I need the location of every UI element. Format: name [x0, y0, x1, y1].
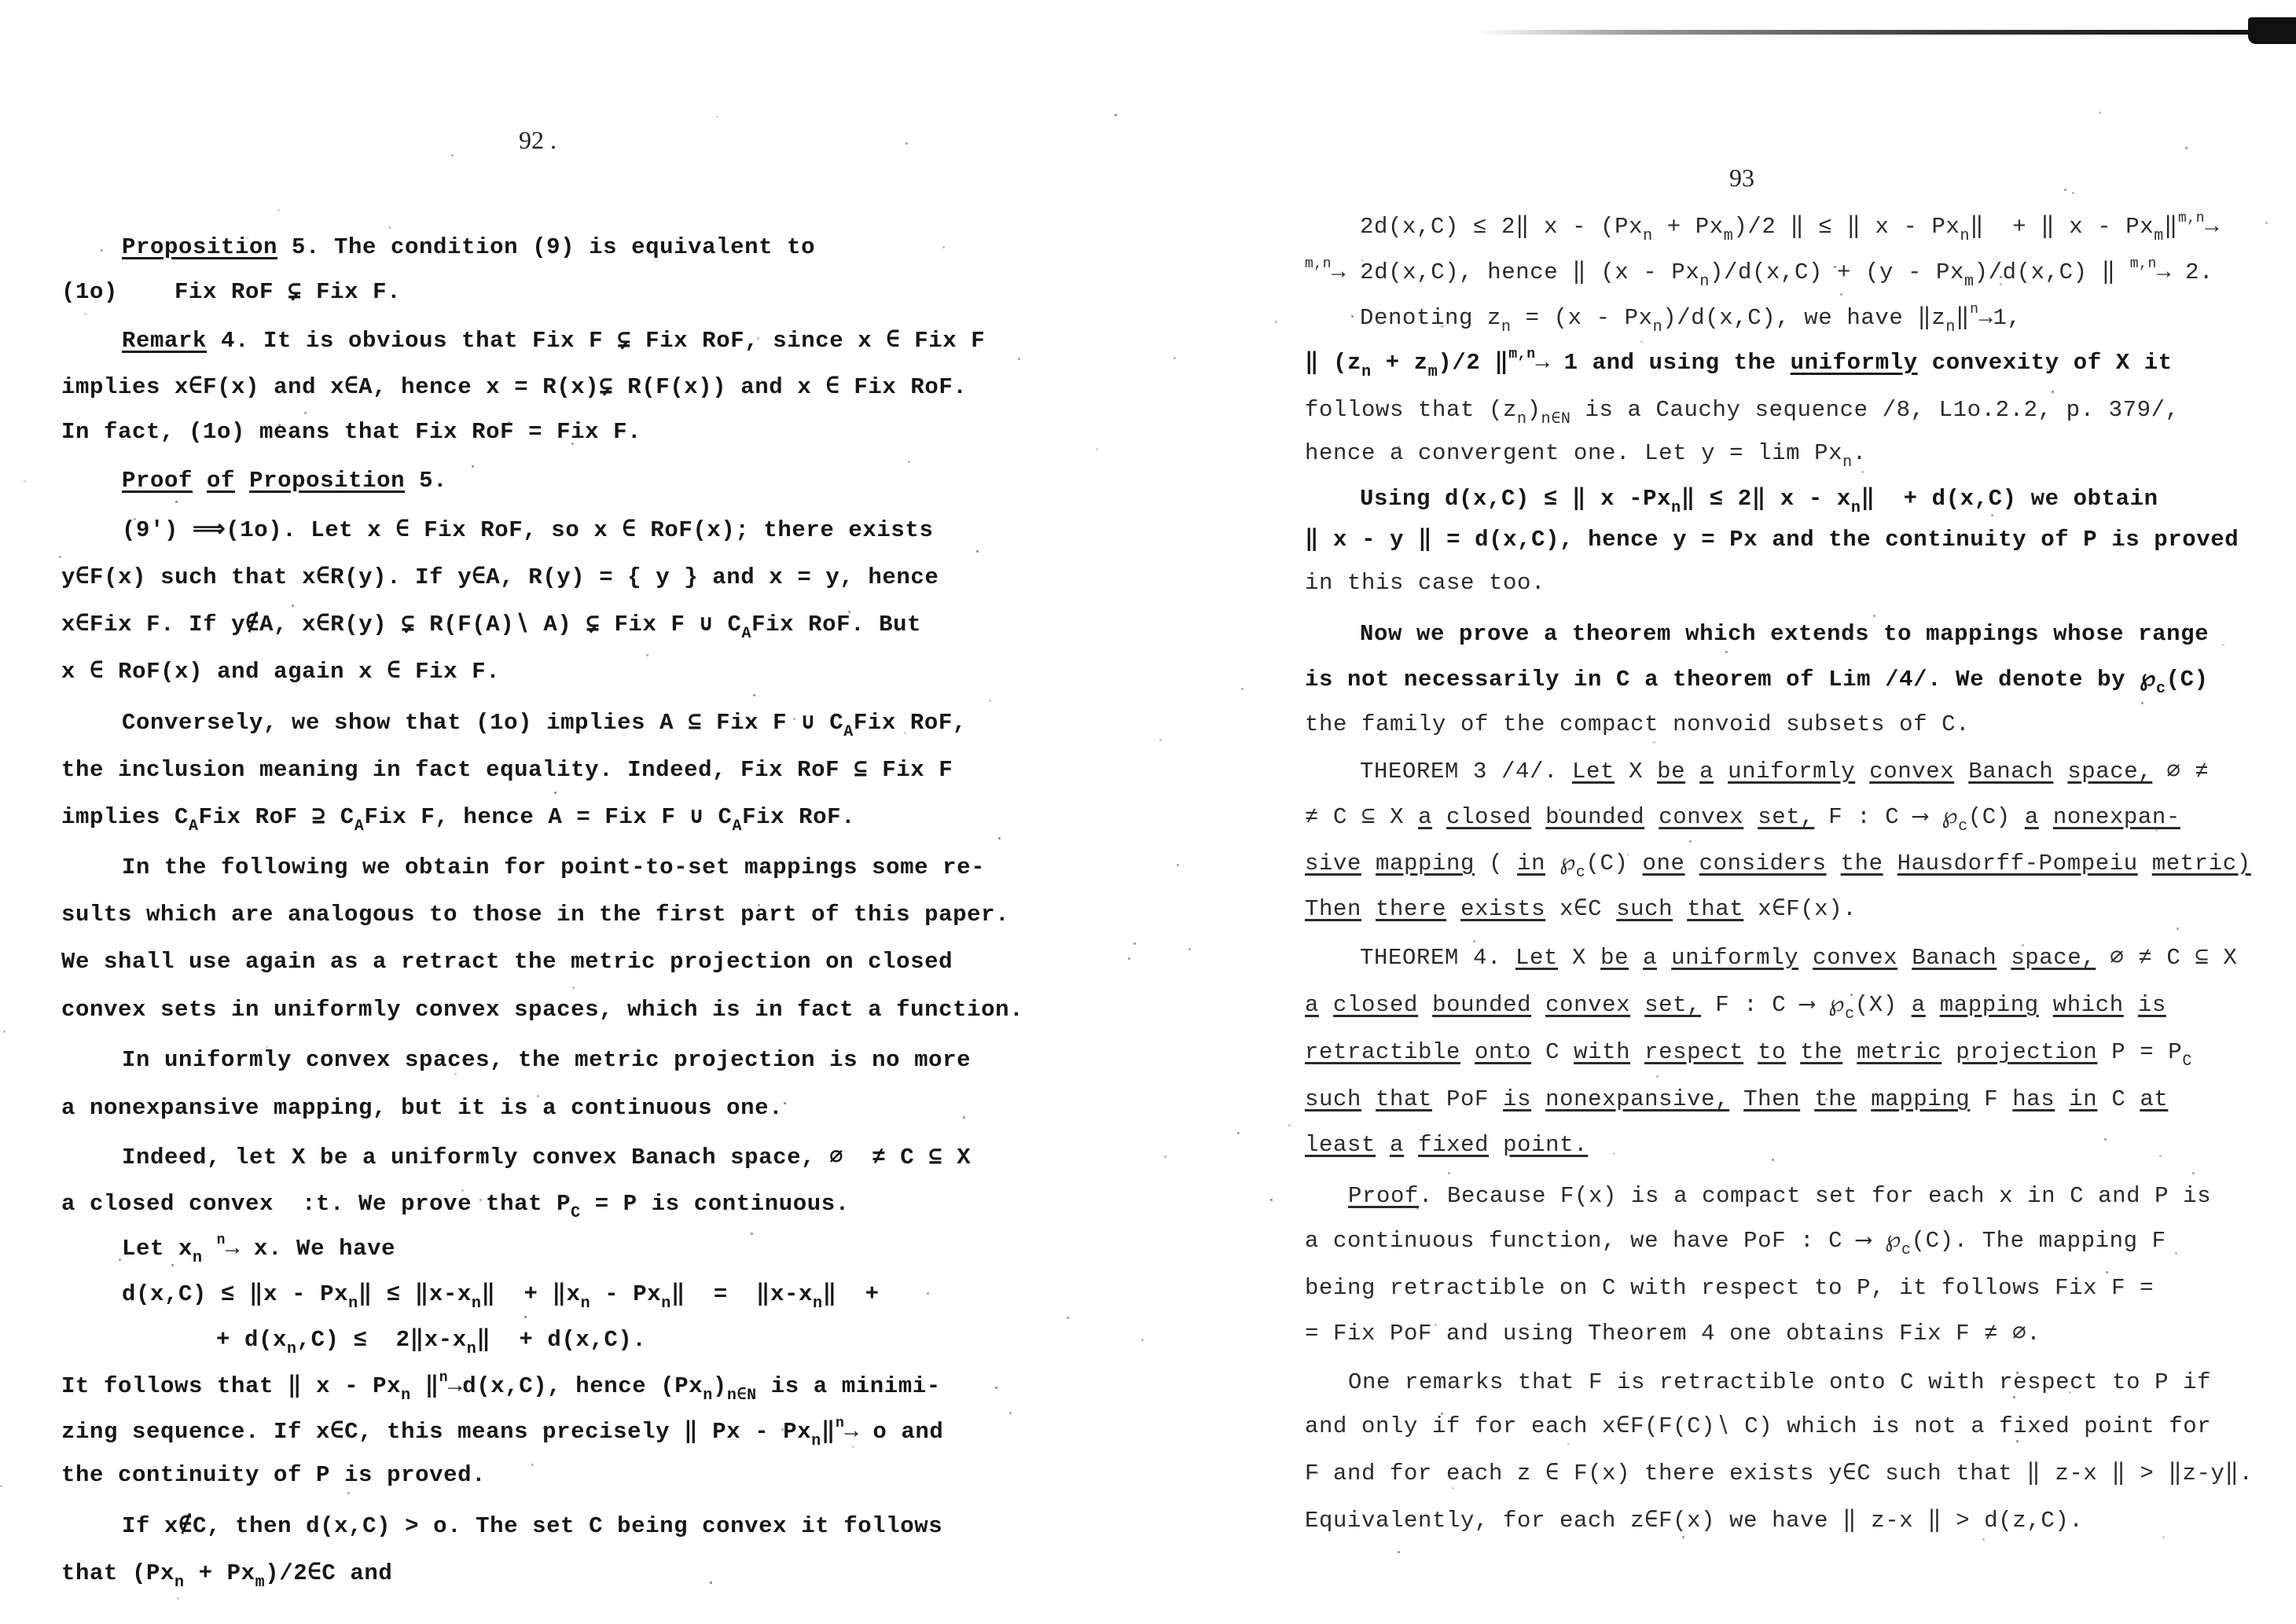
- scan-noise-speck: [171, 1264, 174, 1266]
- text-run: ,C) ≤ 2‖x-x: [297, 1327, 467, 1353]
- text-run: [1630, 1039, 1644, 1065]
- scan-noise-speck: [134, 518, 136, 520]
- text-line: Proof of Proposition 5.: [122, 468, 447, 494]
- text-run: [2039, 992, 2053, 1018]
- scan-noise-speck: [572, 987, 575, 989]
- text-line: ≠ C ⊆ X a closed bounded convex set, F :…: [1305, 804, 2180, 831]
- subscript: m: [2154, 227, 2164, 245]
- superscript: m,n: [2130, 256, 2157, 272]
- subscript: A: [732, 818, 742, 836]
- text-line: Proposition 5. The condition (9) is equi…: [122, 234, 815, 261]
- text-run: [1446, 896, 1460, 922]
- scan-noise-speck: [177, 717, 179, 719]
- text-run: [1827, 851, 1841, 876]
- text-run: )/2∈C and: [265, 1560, 392, 1586]
- text-run: If x∉C, then d(x,C) > o. The set C being…: [122, 1513, 942, 1539]
- scan-noise-speck: [524, 1316, 527, 1318]
- scan-noise-speck: [1982, 1538, 1985, 1541]
- scanned-book-spread: 92 . Proposition 5. The condition (9) is…: [0, 0, 2296, 1624]
- text-run: (9') ⟹(1o). Let x ∈ Fix RoF, so x ∈ RoF(…: [122, 517, 933, 543]
- text-line: a nonexpansive mapping, but it is a cont…: [61, 1095, 783, 1122]
- scan-noise-speck: [1141, 1339, 1144, 1341]
- text-run: + d(x: [216, 1327, 287, 1353]
- underlined-term: one: [1643, 851, 1685, 876]
- subscript: m: [1724, 227, 1734, 245]
- text-run: ∅ ≠: [2152, 759, 2209, 784]
- underlined-term: point.: [1503, 1132, 1588, 1158]
- scan-noise-speck: [976, 550, 979, 553]
- text-run: y∈F(x) such that x∈R(y). If y∈A, R(y) = …: [61, 564, 939, 590]
- underlined-term: uniformly: [1791, 350, 1918, 376]
- superscript: m,n: [1305, 256, 1332, 272]
- scan-noise-speck: [2192, 1172, 2195, 1174]
- scan-noise-speck: [1653, 741, 1655, 744]
- text-line: + d(xn,C) ≤ 2‖x-xn‖ + d(x,C).: [216, 1327, 646, 1354]
- underlined-term: respect: [1644, 1039, 1743, 1065]
- text-run: being retractible on C with respect to P…: [1305, 1275, 2154, 1301]
- text-run: C: [1531, 1039, 1574, 1065]
- scan-noise-speck: [757, 337, 759, 340]
- scan-noise-speck: [1398, 446, 1400, 448]
- scan-noise-speck: [542, 1427, 545, 1429]
- underlined-term: mapping: [1871, 1086, 1970, 1112]
- scan-noise-speck: [508, 421, 510, 424]
- scan-noise-speck: [554, 792, 557, 794]
- text-run: [1897, 945, 1912, 971]
- text-line: Proof. Because F(x) is a compact set for…: [1348, 1183, 2211, 1210]
- text-run: [1319, 992, 1333, 1018]
- scan-noise-speck: [277, 209, 280, 211]
- text-run: ‖: [411, 1373, 439, 1399]
- text-run: x ∈ RoF(x) and again x ∈ Fix F.: [61, 659, 500, 685]
- text-run: Now we prove a theorem which extends to …: [1360, 621, 2209, 647]
- scan-noise-speck: [571, 443, 574, 445]
- text-run: x∈F(x).: [1743, 896, 1857, 922]
- text-run: and only if for each x∈F(F(C)∖ C) which …: [1305, 1413, 2211, 1439]
- subscript: n: [1653, 318, 1663, 336]
- text-run: [1418, 992, 1432, 1018]
- underlined-term: least: [1305, 1132, 1376, 1158]
- scan-noise-speck: [1343, 455, 1345, 457]
- scan-noise-speck: [1174, 357, 1176, 359]
- scan-noise-speck: [848, 611, 850, 613]
- underlined-term: sive: [1305, 851, 1361, 876]
- text-run: = Fix PoF and using Theorem 4 one obtain…: [1305, 1321, 2041, 1347]
- subscript: n: [193, 1249, 203, 1267]
- text-run: → 2d(x,C), hence ‖ (x - Px: [1332, 259, 1699, 285]
- superscript: n: [217, 1233, 226, 1248]
- scan-noise-speck: [3, 1031, 6, 1033]
- text-run: ‖ + ‖x: [481, 1281, 580, 1307]
- underlined-term: mapping: [1376, 851, 1475, 876]
- underlined-term: metric: [1857, 1039, 1941, 1065]
- scan-noise-speck: [1133, 942, 1136, 945]
- text-run: 5. The condition (9) is equivalent to: [277, 234, 815, 260]
- underlined-term: to: [1758, 1039, 1786, 1065]
- text-run: is not necessarily in C a theorem of Lim…: [1305, 667, 2156, 693]
- text-line: m,n→ 2d(x,C), hence ‖ (x - Pxn)/d(x,C) +…: [1305, 259, 2213, 286]
- text-run: ): [713, 1373, 727, 1399]
- scan-noise-speck: [1452, 1487, 1454, 1490]
- underlined-term: mapping: [1940, 992, 2039, 1018]
- text-run: x∈Fix F. If y∉A, x∈R(y) ⊊ R(F(A)∖ A) ⊊ F…: [61, 612, 742, 637]
- scan-noise-speck: [1613, 1152, 1615, 1155]
- scan-noise-speck: [1177, 864, 1179, 866]
- text-run: ‖ x - y ‖ = d(x,C), hence y = Px and the…: [1305, 527, 2239, 553]
- scan-noise-speck: [1627, 854, 1629, 856]
- page-number: 93: [1729, 164, 1754, 193]
- underlined-term: Proof: [1348, 1183, 1419, 1209]
- text-run: → x. We have: [226, 1236, 395, 1262]
- scan-noise-speck: [1241, 688, 1244, 690]
- underlined-term: convex: [1869, 759, 1954, 784]
- text-run: → 2.: [2157, 259, 2213, 285]
- text-run: ≠ C ⊆ X: [1305, 804, 1418, 830]
- subscript: n: [1671, 499, 1681, 517]
- text-line: the continuity of P is proved.: [61, 1462, 486, 1489]
- underlined-term: a: [1390, 1132, 1404, 1158]
- text-run: [1361, 1086, 1376, 1112]
- scan-noise-speck: [908, 461, 910, 463]
- text-run: Conversely, we show that (1o) implies A …: [122, 710, 843, 736]
- text-run: One remarks that F is retractible onto C…: [1348, 1369, 2211, 1395]
- underlined-term: Let: [1515, 945, 1558, 971]
- text-run: ℘: [1545, 851, 1576, 876]
- text-line: hence a convergent one. Let y = lim Pxn.: [1305, 440, 1867, 467]
- scan-noise-speck: [2086, 1469, 2088, 1472]
- text-run: [1997, 945, 2011, 971]
- text-run: (C). The mapping F: [1912, 1228, 2166, 1254]
- text-run: ‖ = ‖x-x: [671, 1281, 813, 1307]
- scan-noise-speck: [1128, 957, 1130, 960]
- underlined-term: closed: [1333, 992, 1418, 1018]
- underlined-term: set,: [1644, 992, 1701, 1018]
- text-run: .: [1853, 440, 1867, 466]
- text-line: We shall use again as a retract the metr…: [61, 949, 953, 976]
- text-line: y∈F(x) such that x∈R(y). If y∈A, R(y) = …: [61, 564, 939, 591]
- text-run: is a Cauchy sequence /8, L1o.2.2, p. 379…: [1571, 397, 2180, 423]
- scan-noise-speck: [995, 1387, 997, 1389]
- text-run: It follows that ‖ x - Px: [61, 1373, 401, 1399]
- subscript: n: [1842, 454, 1853, 472]
- text-run: Indeed, let X be a uniformly convex Bana…: [122, 1145, 971, 1170]
- underlined-term: nonexpansive,: [1545, 1086, 1729, 1112]
- text-line: (1o) Fix RoF ⊊ Fix F.: [61, 279, 401, 306]
- scan-noise-speck: [2159, 1155, 2162, 1157]
- underlined-term: considers: [1699, 851, 1827, 876]
- scan-noise-speck: [237, 1477, 239, 1479]
- scan-noise-speck: [2104, 1138, 2107, 1141]
- scan-noise-speck: [175, 501, 178, 503]
- underlined-term: convex: [1659, 804, 1743, 830]
- scan-noise-speck: [1316, 1472, 1318, 1474]
- text-run: implies C: [61, 804, 189, 830]
- scan-noise-speck: [1559, 809, 1561, 811]
- text-run: [1926, 992, 1940, 1018]
- underlined-term: has: [2012, 1086, 2055, 1112]
- text-run: C: [2097, 1086, 2140, 1112]
- underlined-term: is: [2138, 992, 2166, 1018]
- scan-noise-speck: [793, 718, 795, 720]
- text-run: ‖ (z: [1305, 350, 1361, 376]
- text-run: [1376, 1132, 1390, 1158]
- underlined-term: there: [1376, 896, 1446, 922]
- scan-noise-speck: [2000, 283, 2002, 285]
- underlined-term: with: [1574, 1039, 1630, 1065]
- scan-noise-speck: [927, 1292, 929, 1295]
- text-line: zing sequence. If x∈C, this means precis…: [61, 1419, 943, 1446]
- scan-noise-speck: [1270, 1199, 1273, 1201]
- underlined-term: Then: [1743, 1086, 1800, 1112]
- scan-noise-speck: [852, 1446, 854, 1448]
- superscript: n: [439, 1370, 448, 1386]
- scan-noise-speck: [1164, 1156, 1166, 1158]
- scan-noise-speck: [24, 480, 26, 483]
- text-run: [2039, 804, 2053, 830]
- text-run: [235, 468, 249, 494]
- underlined-term: Let: [1572, 759, 1615, 784]
- subscript: n: [703, 1387, 713, 1405]
- scan-noise-speck: [758, 904, 760, 906]
- underlined-term: closed: [1446, 804, 1531, 830]
- text-run: = (x - Px: [1512, 305, 1653, 331]
- underlined-term: the: [1841, 851, 1883, 876]
- subscript: A: [189, 818, 199, 836]
- text-run: [1883, 851, 1897, 876]
- underlined-term: at: [2140, 1086, 2168, 1112]
- text-run: [193, 468, 207, 494]
- subscript: n: [661, 1295, 671, 1313]
- subscript: m: [255, 1574, 266, 1592]
- text-line: x ∈ RoF(x) and again x ∈ Fix F.: [61, 659, 500, 685]
- scan-noise-speck: [1834, 266, 1836, 268]
- scan-noise-speck: [59, 556, 61, 558]
- scan-noise-speck: [1096, 448, 1098, 450]
- subscript: n∈N: [727, 1387, 757, 1405]
- text-run: + z: [1372, 350, 1428, 376]
- scan-noise-speck: [1441, 1413, 1443, 1415]
- text-run: [1954, 759, 1968, 784]
- text-line: a closed convex :t. We prove that PC = P…: [61, 1191, 850, 1218]
- text-run: = P is continuous.: [581, 1191, 850, 1217]
- scan-noise-speck: [1351, 315, 1354, 318]
- scan-noise-speck: [1656, 1075, 1659, 1078]
- underlined-term: onto: [1475, 1039, 1531, 1065]
- text-run: x∈C: [1545, 896, 1616, 922]
- scan-noise-speck: [1725, 651, 1728, 653]
- text-run: ‖: [2164, 214, 2178, 240]
- text-run: hence a convergent one. Let y = lim Px: [1305, 440, 1842, 466]
- text-run: ‖ ≤ ‖x-x: [358, 1281, 472, 1307]
- text-run: d(x,C) ≤ ‖x - Px: [122, 1281, 348, 1307]
- text-run: [1800, 1086, 1814, 1112]
- underlined-term: is: [1503, 1086, 1531, 1112]
- text-run: follows that (z: [1305, 397, 1517, 423]
- underlined-term: be: [1600, 945, 1629, 971]
- text-run: F : C ⟶ ℘: [1814, 804, 1958, 830]
- text-run: zing sequence. If x∈C, this means precis…: [61, 1419, 811, 1445]
- scan-noise-speck: [1975, 1291, 1977, 1293]
- underlined-term: Banach: [1912, 945, 1997, 971]
- scan-noise-speck: [1435, 1324, 1437, 1326]
- text-run: the inclusion meaning in fact equality. …: [61, 757, 953, 783]
- scan-noise-speck: [278, 424, 281, 426]
- text-run: X: [1615, 759, 1657, 784]
- subscript: n: [1699, 273, 1710, 291]
- text-line: follows that (zn)n∈N is a Cauchy sequenc…: [1305, 397, 2180, 424]
- text-line: and only if for each x∈F(F(C)∖ C) which …: [1305, 1413, 2211, 1440]
- underlined-term: such: [1616, 896, 1673, 922]
- subscript: n: [1501, 318, 1512, 336]
- subscript: n: [348, 1295, 358, 1313]
- text-run: 5.: [405, 468, 447, 494]
- superscript: n: [836, 1416, 844, 1431]
- text-line: being retractible on C with respect to P…: [1305, 1275, 2154, 1302]
- underlined-term: a: [1643, 945, 1657, 971]
- underlined-term: Then: [1305, 896, 1361, 922]
- scan-noise-speck: [1398, 1551, 1400, 1553]
- scan-noise-speck: [1416, 1207, 1419, 1210]
- subscript: n: [1517, 410, 1527, 428]
- text-run: ): [1527, 397, 1541, 423]
- scan-noise-speck: [2222, 644, 2224, 646]
- scan-noise-speck: [537, 1095, 539, 1097]
- scan-noise-speck: [1009, 1412, 1012, 1414]
- scan-noise-speck: [781, 1428, 784, 1431]
- underlined-term: nonexpan-: [2053, 804, 2180, 830]
- text-run: ∅ ≠ C ⊆ X: [2096, 945, 2237, 971]
- text-run: →1,: [1978, 305, 2021, 331]
- text-run: →d(x,C), hence (Px: [448, 1373, 703, 1399]
- scan-noise-speck: [1567, 1443, 1570, 1446]
- text-run: ‖ ≤ 2‖ x - x: [1681, 486, 1851, 512]
- text-line: Indeed, let X be a uniformly convex Bana…: [122, 1145, 971, 1171]
- scan-noise-speck: [531, 1464, 534, 1466]
- scan-noise-speck: [2069, 1247, 2071, 1249]
- underlined-term: a: [1305, 992, 1319, 1018]
- text-line: a continuous function, we have PoF : C ⟶…: [1305, 1228, 2166, 1255]
- scan-noise-speck: [989, 700, 991, 702]
- subscript: C: [2182, 1053, 2192, 1071]
- text-line: It follows that ‖ x - Pxn ‖n→d(x,C), hen…: [61, 1373, 941, 1400]
- text-line: least a fixed point.: [1305, 1132, 1588, 1159]
- scan-noise-speck: [1018, 358, 1020, 360]
- underlined-term: Hausdorff-Pompeiu: [1897, 851, 2138, 876]
- underlined-term: that: [1687, 896, 1743, 922]
- scan-noise-speck: [2162, 1536, 2165, 1538]
- underlined-term: convex: [1813, 945, 1897, 971]
- text-run: [203, 1236, 217, 1262]
- scan-noise-speck: [1967, 1058, 1969, 1060]
- text-line: a closed bounded convex set, F : C ⟶ ℘c(…: [1305, 992, 2166, 1019]
- text-run: P = P: [2097, 1039, 2182, 1065]
- page-92: 92 . Proposition 5. The condition (9) is…: [0, 0, 1148, 1624]
- text-run: ‖ + d(x,C) we obtain: [1861, 486, 2158, 512]
- page-number: 92 .: [519, 126, 557, 155]
- text-run: [1714, 759, 1728, 784]
- underlined-term: that: [1376, 1086, 1432, 1112]
- scan-noise-speck: [2013, 1396, 2015, 1398]
- text-run: → o and: [844, 1419, 943, 1445]
- subscript: m: [1964, 273, 1975, 291]
- scan-noise-speck: [1067, 1317, 1069, 1319]
- text-run: Fix RoF.: [742, 804, 855, 830]
- text-line: the inclusion meaning in fact equality. …: [61, 757, 953, 784]
- scan-noise-speck: [963, 1116, 965, 1119]
- text-line: One remarks that F is retractible onto C…: [1348, 1369, 2211, 1396]
- superscript: n: [1970, 302, 1978, 318]
- subscript: m: [1428, 363, 1438, 381]
- scan-noise-speck: [2072, 192, 2074, 194]
- scan-noise-speck: [2046, 368, 2048, 370]
- scan-noise-speck: [2175, 1252, 2177, 1255]
- underlined-term: be: [1657, 759, 1685, 784]
- text-line: is not necessarily in C a theorem of Lim…: [1305, 667, 2209, 693]
- subscript: n: [1960, 227, 1971, 245]
- underlined-term: Proof: [122, 468, 193, 494]
- text-line: the family of the compact nonvoid subset…: [1305, 711, 1970, 738]
- text-run: + Px: [1653, 214, 1724, 240]
- text-line: (9') ⟹(1o). Let x ∈ Fix RoF, so x ∈ RoF(…: [122, 517, 933, 544]
- scan-noise-speck: [2064, 189, 2066, 191]
- text-run: + Px: [185, 1560, 255, 1586]
- scan-noise-speck: [479, 1199, 482, 1201]
- text-run: [2055, 1086, 2069, 1112]
- text-run: ‖: [821, 1419, 836, 1445]
- text-run: ‖ +: [823, 1281, 880, 1307]
- text-line: Denoting zn = (x - Pxn)/d(x,C), we have …: [1360, 305, 2022, 332]
- text-run: a nonexpansive mapping, but it is a cont…: [61, 1095, 783, 1121]
- scan-noise-speck: [1861, 471, 1864, 473]
- scan-noise-speck: [1361, 259, 1364, 262]
- scan-noise-speck: [2099, 112, 2101, 114]
- text-line: ‖ x - y ‖ = d(x,C), hence y = Px and the…: [1305, 527, 2239, 553]
- text-run: )/d(x,C) + (y - Px: [1710, 259, 1964, 285]
- scan-noise-speck: [1515, 1055, 1518, 1057]
- text-line: sive mapping ( in ℘c(C) one considers th…: [1305, 851, 2251, 877]
- underlined-term: set,: [1758, 804, 1814, 830]
- text-line: THEOREM 3 /4/. Let X be a uniformly conv…: [1360, 759, 2209, 785]
- subscript: n∈N: [1541, 410, 1571, 428]
- text-run: [2138, 851, 2152, 876]
- subscript: n: [1643, 227, 1653, 245]
- subscript: n: [287, 1340, 297, 1358]
- text-run: [1855, 759, 1869, 784]
- underlined-term: of: [207, 468, 235, 494]
- text-line: implies x∈F(x) and x∈A, hence x = R(x)⊊ …: [61, 374, 967, 401]
- text-run: the continuity of P is proved.: [61, 1462, 486, 1488]
- text-run: that (Px: [61, 1560, 174, 1586]
- text-run: (C): [2166, 667, 2209, 693]
- text-run: [1857, 1086, 1871, 1112]
- text-line: Now we prove a theorem which extends to …: [1360, 621, 2209, 648]
- text-run: →: [2205, 214, 2219, 240]
- text-line: = Fix PoF and using Theorem 4 one obtain…: [1305, 1321, 2041, 1347]
- text-run: F: [1970, 1086, 2012, 1112]
- text-run: (X): [1855, 992, 1912, 1018]
- text-run: Fix RoF. But: [751, 612, 921, 637]
- underlined-term: projection: [1956, 1039, 2097, 1065]
- text-line: in this case too.: [1305, 570, 1545, 597]
- subscript: n: [581, 1295, 591, 1313]
- scan-noise-speck: [304, 412, 307, 414]
- subscript: C: [571, 1204, 581, 1222]
- text-run: 4. It is obvious that Fix F ⊊ Fix RoF, s…: [207, 328, 985, 354]
- text-run: [2124, 992, 2138, 1018]
- scan-noise-speck: [451, 154, 454, 156]
- underlined-term: such: [1305, 1086, 1361, 1112]
- text-run: [1657, 945, 1671, 971]
